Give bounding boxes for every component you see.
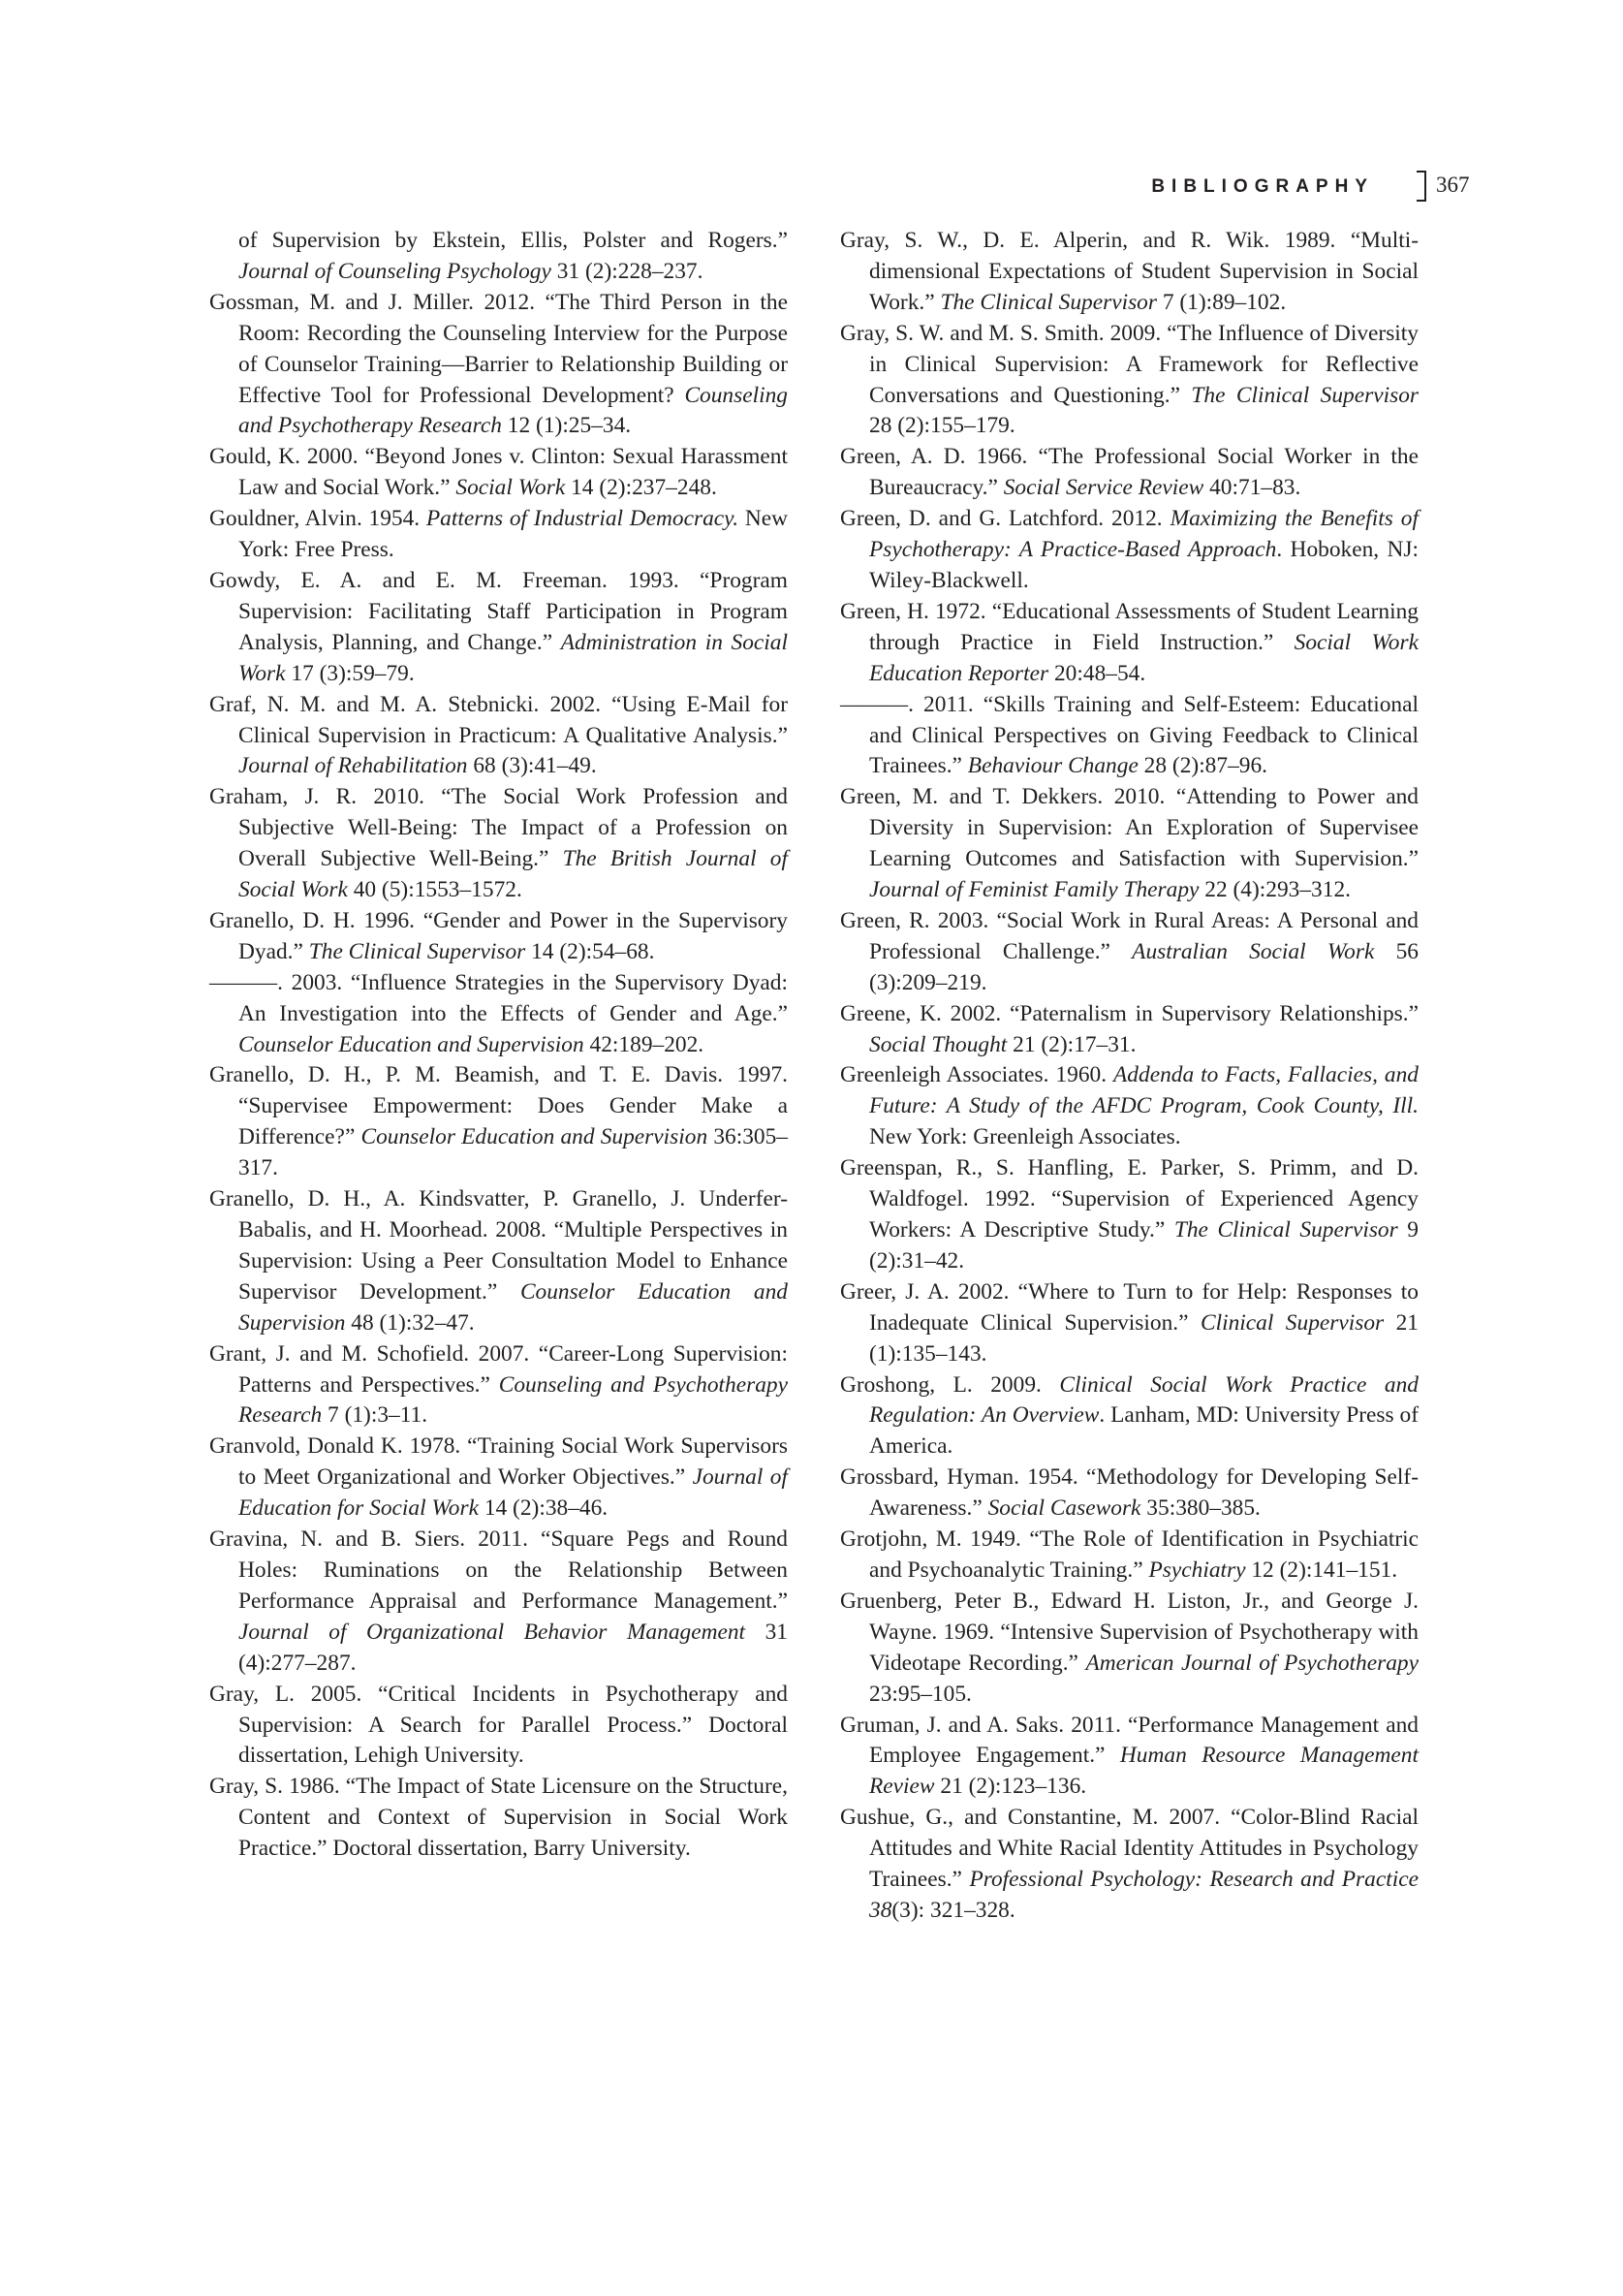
citation-text: 14 (2):38–46. <box>479 1495 608 1521</box>
citation-text: Greenleigh Associates. 1960. <box>840 1062 1113 1087</box>
citation-text: 22 (4):293–312. <box>1199 877 1351 902</box>
citation-title-italic: The Clinical Supervisor <box>1174 1217 1398 1242</box>
citation-text: 35:380–385. <box>1140 1495 1260 1521</box>
citation-title-italic: Behaviour Change <box>968 753 1139 778</box>
bibliography-entry: Greer, J. A. 2002. “Where to Turn to for… <box>840 1277 1419 1370</box>
bibliography-entry: Greene, K. 2002. “Paternalism in Supervi… <box>840 999 1419 1061</box>
bibliography-entry: Groshong, L. 2009. Clinical Social Work … <box>840 1370 1419 1463</box>
citation-title-italic: Counselor Education and Supervision <box>238 1032 584 1057</box>
bibliography-entry: Granello, D. H., A. Kindsvatter, P. Gran… <box>209 1184 788 1339</box>
citation-text: ———. 2003. “Influence Strategies in the … <box>209 970 788 1026</box>
citation-text: 40 (5):1553–1572. <box>348 877 522 902</box>
bibliography-entry: Greenleigh Associates. 1960. Addenda to … <box>840 1060 1419 1153</box>
bibliography-entry: Gossman, M. and J. Miller. 2012. “The Th… <box>209 288 788 443</box>
citation-title-italic: Social Work <box>455 475 565 500</box>
bibliography-entry: Gray, S. 1986. “The Impact of State Lice… <box>209 1772 788 1865</box>
citation-text: of Supervision by Ekstein, Ellis, Polste… <box>238 228 788 253</box>
bibliography-entry: Gouldner, Alvin. 1954. Patterns of Indus… <box>209 504 788 566</box>
bibliography-entry: Graham, J. R. 2010. “The Social Work Pro… <box>209 782 788 906</box>
bibliography-entry: Gruman, J. and A. Saks. 2011. “Performan… <box>840 1711 1419 1804</box>
citation-text: 31 (2):228–237. <box>551 259 703 284</box>
citation-text: 40:71–83. <box>1203 475 1300 500</box>
citation-text: Gravina, N. and B. Siers. 2011. “Square … <box>209 1526 788 1614</box>
bibliography-entry: Granello, D. H. 1996. “Gender and Power … <box>209 906 788 968</box>
bibliography-entry: Granvold, Donald K. 1978. “Training Soci… <box>209 1431 788 1525</box>
bibliography-entry: Green, A. D. 1966. “The Professional Soc… <box>840 442 1419 504</box>
citation-title-italic: The Clinical Supervisor <box>309 939 526 964</box>
bibliography-entry: Green, D. and G. Latchford. 2012. Maximi… <box>840 504 1419 597</box>
citation-text: Gray, L. 2005. “Critical Incidents in Ps… <box>209 1682 788 1769</box>
citation-text: Graf, N. M. and M. A. Stebnicki. 2002. “… <box>209 692 788 748</box>
bibliography-entry: Gould, K. 2000. “Beyond Jones v. Clinton… <box>209 442 788 504</box>
citation-text: Gray, S. 1986. “The Impact of State Lice… <box>209 1774 788 1861</box>
citation-text: 17 (3):59–79. <box>286 661 415 686</box>
citation-text: 20:48–54. <box>1048 661 1145 686</box>
bibliography-entry: Gushue, G., and Constantine, M. 2007. “C… <box>840 1803 1419 1927</box>
citation-title-italic: American Jour­nal of Psychotherapy <box>1085 1651 1419 1676</box>
citation-title-italic: Patterns of Industrial Democ­racy. <box>426 506 738 531</box>
citation-title-italic: Clinical Super­visor <box>1201 1310 1384 1336</box>
bibliography-entry: Granello, D. H., P. M. Beamish, and T. E… <box>209 1060 788 1184</box>
citation-text: 21 (2):123–136. <box>935 1774 1087 1799</box>
bibliography-entry: ———. 2011. “Skills Training and Self-Est… <box>840 690 1419 783</box>
citation-text: 21 (2):17–31. <box>1007 1032 1136 1057</box>
citation-text: 23:95–105. <box>869 1682 972 1707</box>
citation-text: 42:189–202. <box>584 1032 703 1057</box>
bibliography-entry: Gray, L. 2005. “Critical Incidents in Ps… <box>209 1680 788 1773</box>
citation-title-italic: Journal of Counseling Psychology <box>238 259 551 284</box>
bibliography-column-right: Gray, S. W., D. E. Alperin, and R. Wik. … <box>840 226 1419 1927</box>
citation-title-italic: The Clinical Supervisor <box>940 290 1157 315</box>
citation-title-italic: Australian Social Work <box>1132 939 1374 964</box>
citation-text: 14 (2):237–248. <box>565 475 717 500</box>
citation-text: Groshong, L. 2009. <box>840 1372 1059 1398</box>
bibliography-entry: Gray, S. W., D. E. Alperin, and R. Wik. … <box>840 226 1419 319</box>
citation-title-italic: Psychiatry <box>1148 1557 1245 1583</box>
citation-title-italic: Journal of Feminist Family Ther­apy <box>869 877 1199 902</box>
citation-text: Gouldner, Alvin. 1954. <box>209 506 426 531</box>
bracket-divider <box>1417 171 1426 202</box>
citation-title-italic: Journal of Rehabilitation <box>238 753 468 778</box>
bibliography-entry: Gruenberg, Peter B., Edward H. Liston, J… <box>840 1587 1419 1711</box>
bibliography-entry: of Supervision by Ekstein, Ellis, Polste… <box>209 226 788 288</box>
citation-text: (3): 321–328. <box>891 1898 1014 1923</box>
citation-text: 12 (2):141–151. <box>1246 1557 1398 1583</box>
bibliography-entry: Graf, N. M. and M. A. Stebnicki. 2002. “… <box>209 690 788 783</box>
citation-text: Green, D. and G. Latchford. 2012. <box>840 506 1170 531</box>
citation-text: New York: Greenleigh Associates. <box>869 1124 1181 1149</box>
bibliography-entry: Green, H. 1972. “Educational Assessments… <box>840 597 1419 690</box>
citation-title-italic: The Clinical Supervisor <box>1191 383 1419 408</box>
bibliography-entry: Grossbard, Hyman. 1954. “Methodology for… <box>840 1463 1419 1525</box>
bibliography-entry: Greenspan, R., S. Hanfling, E. Parker, S… <box>840 1153 1419 1277</box>
bibliography-entry: Grant, J. and M. Schofield. 2007. “Caree… <box>209 1339 788 1432</box>
bibliography-column-left: of Supervision by Ekstein, Ellis, Polste… <box>209 226 788 1865</box>
citation-text: 7 (1):3–11. <box>322 1402 427 1428</box>
citation-text: 14 (2):54–68. <box>525 939 654 964</box>
citation-text: 68 (3):41–49. <box>468 753 597 778</box>
page-number: 367 <box>1436 173 1470 198</box>
citation-text: 48 (1):32–47. <box>345 1310 474 1336</box>
bibliography-entry: Gowdy, E. A. and E. M. Freeman. 1993. “P… <box>209 566 788 690</box>
citation-text: Green, M. and T. Dekkers. 2010. “Attendi… <box>840 784 1419 871</box>
bibliography-entry: ———. 2003. “Influence Strategies in the … <box>209 968 788 1061</box>
bibliography-entry: Grotjohn, M. 1949. “The Role of Identifi… <box>840 1525 1419 1587</box>
citation-title-italic: Social Thought <box>869 1032 1007 1057</box>
section-title: BIBLIOGRAPHY <box>1151 176 1374 198</box>
citation-text: 28 (2):155–179. <box>869 413 1015 438</box>
citation-title-italic: Counselor Education and Supervision <box>361 1124 708 1149</box>
bibliography-entry: Green, M. and T. Dekkers. 2010. “Attendi… <box>840 782 1419 906</box>
bibliography-entry: Gray, S. W. and M. S. Smith. 2009. “The … <box>840 319 1419 443</box>
citation-text: 7 (1):89–102. <box>1157 290 1286 315</box>
citation-text: 12 (1):25–34. <box>502 413 631 438</box>
bibliography-entry: Gravina, N. and B. Siers. 2011. “Square … <box>209 1525 788 1680</box>
citation-text: 28 (2):87–96. <box>1139 753 1267 778</box>
citation-title-italic: Journal of Organizational Behavior Manag… <box>238 1620 745 1645</box>
citation-title-italic: Social Casework <box>988 1495 1141 1521</box>
running-head: BIBLIOGRAPHY 367 <box>1114 171 1483 209</box>
citation-text: Greene, K. 2002. “Paternalism in Supervi… <box>840 1001 1419 1026</box>
citation-title-italic: Social Service Review <box>1004 475 1204 500</box>
bibliography-entry: Green, R. 2003. “Social Work in Rural Ar… <box>840 906 1419 999</box>
